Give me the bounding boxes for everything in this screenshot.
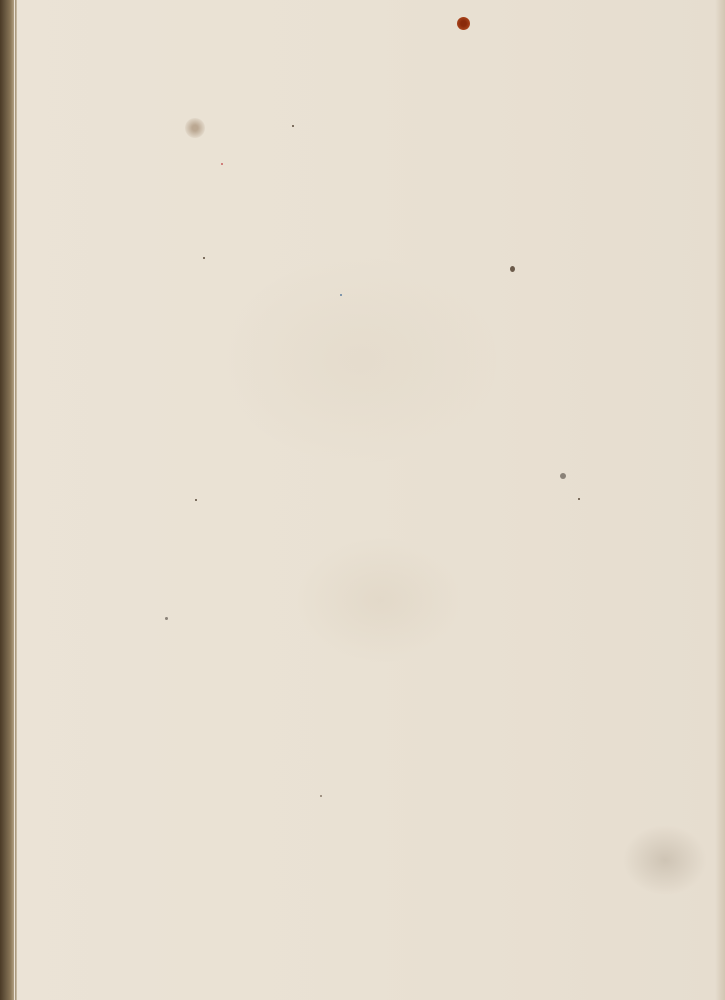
dark-speck	[510, 266, 515, 272]
dust-speck	[340, 294, 342, 296]
red-stain-spot	[457, 17, 470, 30]
book-binding-edge	[0, 0, 14, 1000]
dust-speck	[165, 617, 168, 620]
dust-speck	[195, 499, 197, 501]
page-right-edge	[715, 0, 725, 1000]
dark-speck	[560, 473, 566, 479]
dust-speck	[578, 498, 580, 500]
page-edge-line	[15, 0, 17, 1000]
dust-speck	[221, 163, 223, 165]
dust-speck	[203, 257, 205, 259]
blank-paper-page	[0, 0, 725, 1000]
dust-speck	[292, 125, 294, 127]
dust-speck	[320, 795, 322, 797]
foxing-spot	[185, 118, 205, 138]
